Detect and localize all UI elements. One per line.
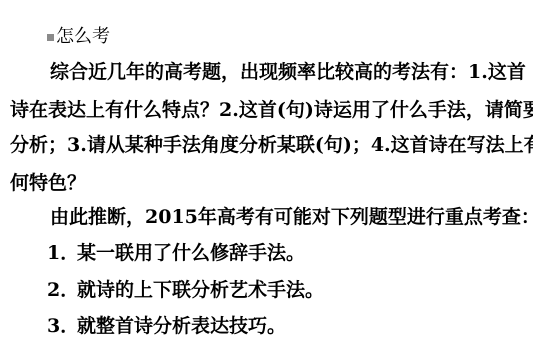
list-item-text: 就诗的上下联分析艺术手法。 <box>77 279 324 301</box>
list-item: 1．某一联用了什么修辞手法。 <box>47 241 305 265</box>
paragraph1-line4: 何特色？ <box>10 171 86 195</box>
heading-text: 怎么考 <box>56 25 110 49</box>
list-item-number: 3． <box>47 314 77 338</box>
list-item-number: 2． <box>47 278 77 302</box>
paragraph2: 由此推断，2015年高考有可能对下列题型进行重点考查： <box>50 205 533 229</box>
list-item: 3．就整首诗分析表达技巧。 <box>47 314 286 338</box>
list-item-text: 就整首诗分析表达技巧。 <box>77 315 286 337</box>
paragraph1-line1: 综合近几年的高考题，出现频率比较高的考法有：1.这首 <box>50 60 526 84</box>
paragraph1-line2: 诗在表达上有什么特点？2.这首(句)诗运用了什么手法，请简要 <box>10 98 533 122</box>
paragraph1-line3: 分析；3.请从某种手法角度分析某联(句)；4.这首诗在写法上有 <box>10 133 533 157</box>
section-heading: 怎么考 <box>47 25 110 49</box>
list-item-number: 1． <box>47 241 77 265</box>
list-item: 2．就诗的上下联分析艺术手法。 <box>47 278 324 302</box>
square-bullet-icon <box>47 34 54 41</box>
list-item-text: 某一联用了什么修辞手法。 <box>77 242 305 264</box>
